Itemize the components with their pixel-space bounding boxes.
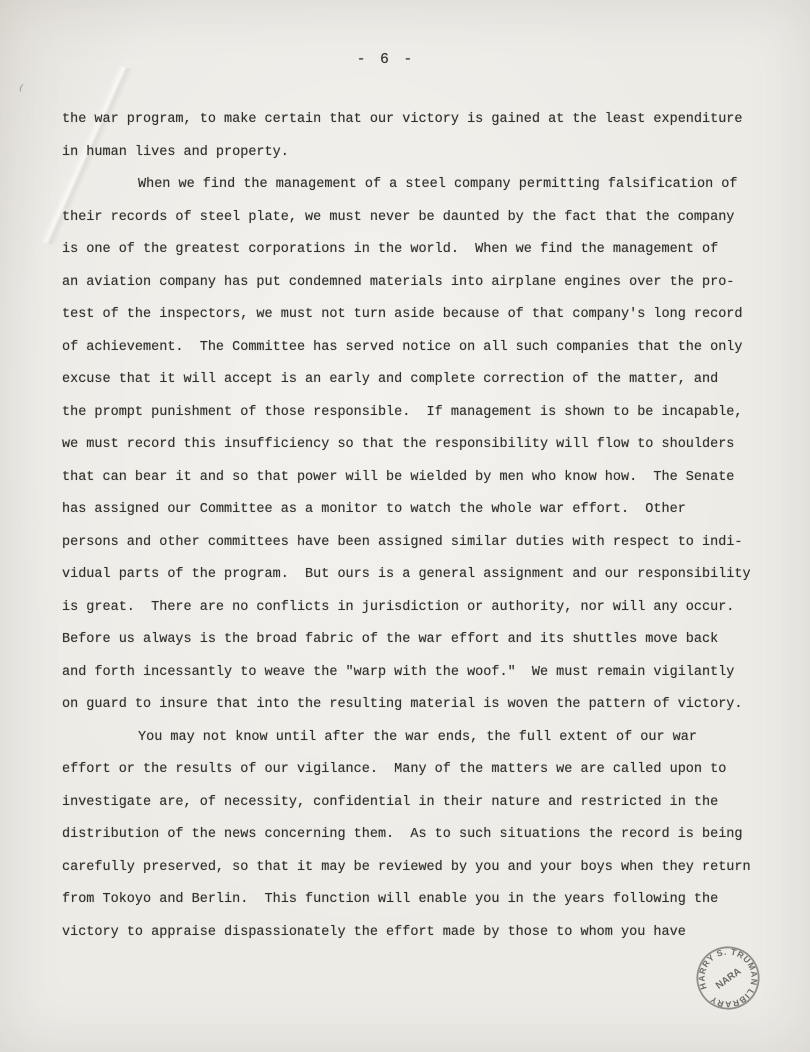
text-line: You may not know until after the war end… [62, 722, 802, 755]
text-line: investigate are, of necessity, confident… [62, 787, 802, 820]
text-line: in human lives and property. [62, 137, 802, 170]
text-line: from Tokoyo and Berlin. This function wi… [62, 884, 802, 917]
text-line: When we find the management of a steel c… [62, 169, 802, 202]
text-line: test of the inspectors, we must not turn… [62, 299, 802, 332]
text-line: carefully preserved, so that it may be r… [62, 852, 802, 885]
text-line: effort or the results of our vigilance. … [62, 754, 802, 787]
text-line: on guard to insure that into the resulti… [62, 689, 802, 722]
paper-mark [19, 83, 27, 93]
text-line: an aviation company has put condemned ma… [62, 267, 802, 300]
text-line: victory to appraise dispassionately the … [62, 917, 802, 950]
text-line: the war program, to make certain that ou… [62, 104, 802, 137]
text-line: the prompt punishment of those responsib… [62, 397, 802, 430]
text-line: is great. There are no conflicts in juri… [62, 592, 802, 625]
text-line: of achievement. The Committee has served… [62, 332, 802, 365]
text-line: persons and other committees have been a… [62, 527, 802, 560]
text-line: vidual parts of the program. But ours is… [62, 559, 802, 592]
text-line: is one of the greatest corporations in t… [62, 234, 802, 267]
document-page: - 6 - the war program, to make certain t… [0, 0, 810, 1052]
text-line: excuse that it will accept is an early a… [62, 364, 802, 397]
stamp-center-text: NARA [714, 966, 744, 992]
text-line: we must record this insufficiency so tha… [62, 429, 802, 462]
text-line: and forth incessantly to weave the "warp… [62, 657, 802, 690]
text-line: their records of steel plate, we must ne… [62, 202, 802, 235]
text-line: distribution of the news concerning them… [62, 819, 802, 852]
page-number: - 6 - [0, 52, 772, 68]
document-body: the war program, to make certain that ou… [62, 104, 802, 949]
text-line: Before us always is the broad fabric of … [62, 624, 802, 657]
text-line: that can bear it and so that power will … [62, 462, 802, 495]
text-line: has assigned our Committee as a monitor … [62, 494, 802, 527]
